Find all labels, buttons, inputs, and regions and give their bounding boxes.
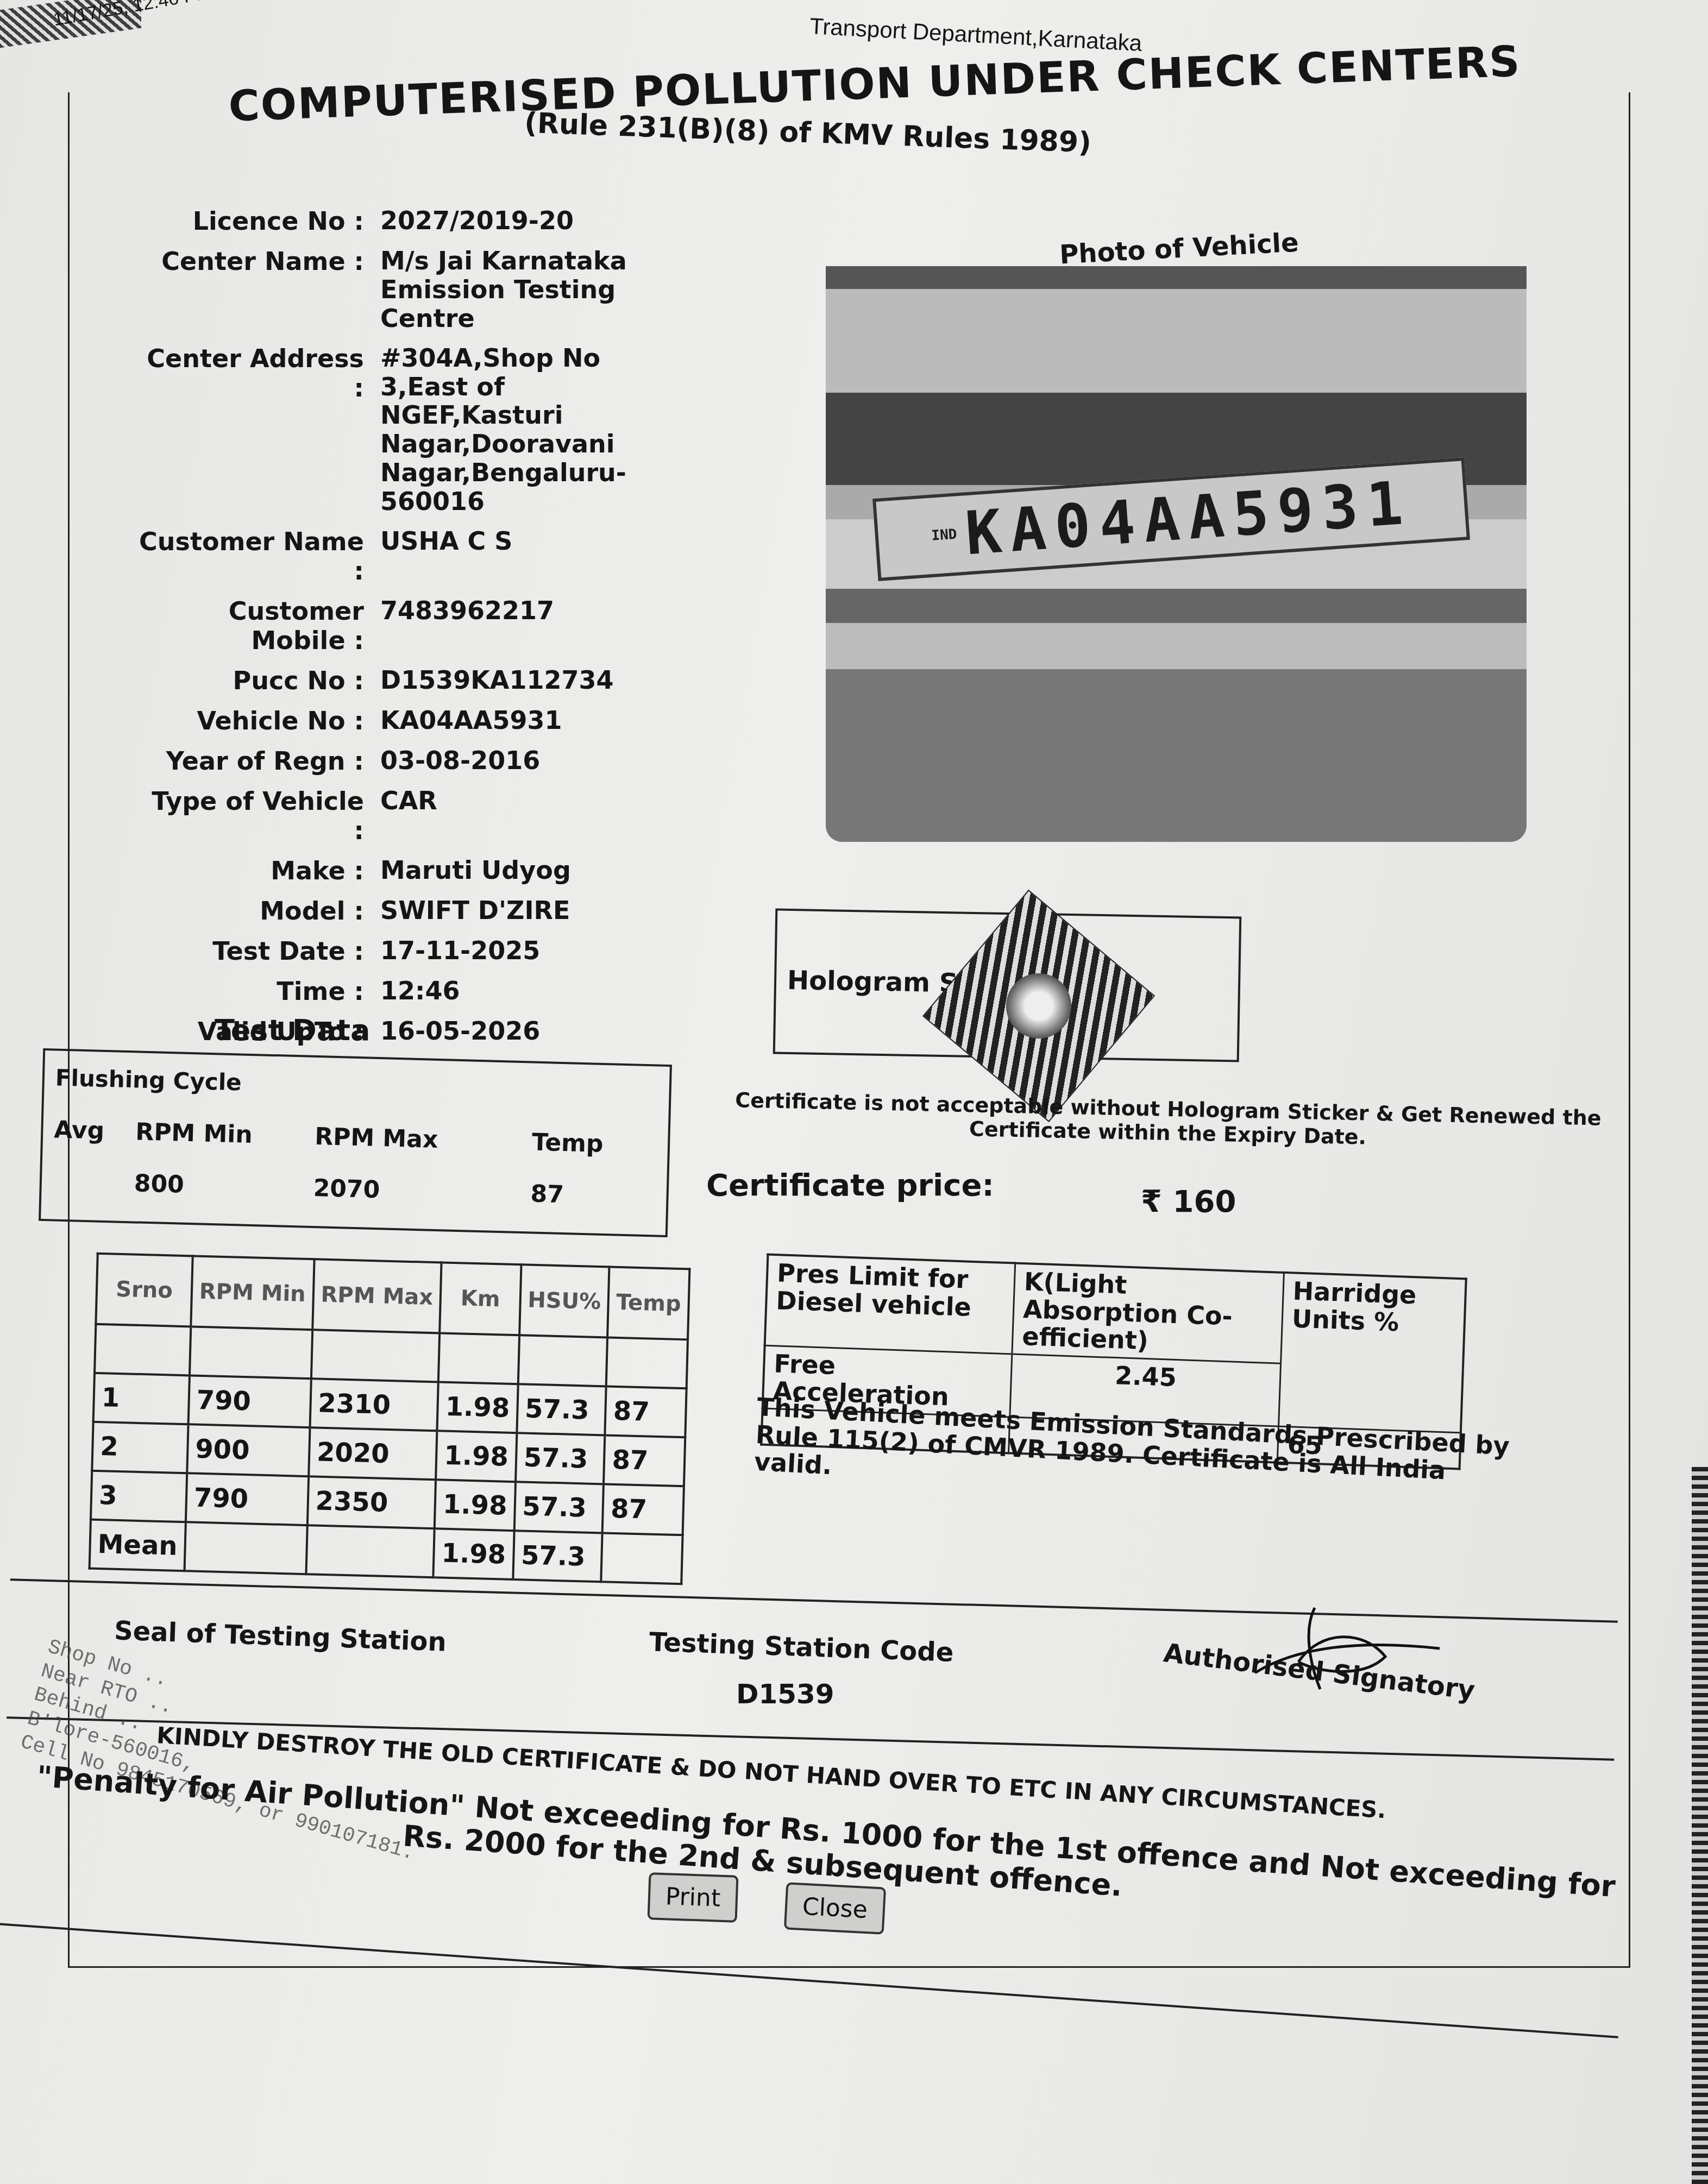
flushing-header: RPM Min — [135, 1118, 253, 1149]
detail-value: 16-05-2026 — [380, 1017, 663, 1046]
runs-cell: 2350 — [307, 1476, 436, 1528]
close-button[interactable]: Close — [784, 1882, 886, 1935]
runs-cell: 900 — [187, 1424, 310, 1476]
runs-cell — [190, 1326, 312, 1379]
detail-row: Make :Maruti Udyog — [136, 856, 679, 885]
station-code: D1539 — [736, 1678, 834, 1710]
detail-row: Customer Mobile :7483962217 — [136, 596, 679, 655]
detail-row: Vehicle No :KA04AA5931 — [136, 706, 679, 735]
runs-cell: 2 — [92, 1422, 188, 1474]
runs-cell — [184, 1522, 307, 1574]
detail-row: Time :12:46 — [136, 977, 679, 1006]
detail-value: 12:46 — [380, 977, 663, 1005]
detail-value: 03-08-2016 — [380, 746, 663, 775]
runs-cell: 1.98 — [434, 1528, 514, 1579]
flushing-cycle-box: Flushing Cycle Avg RPM Min RPM Max Temp … — [39, 1048, 672, 1237]
flushing-header: Temp — [531, 1129, 604, 1158]
flushing-value: 2070 — [313, 1174, 380, 1204]
runs-cell — [306, 1525, 435, 1577]
vehicle-details: Licence No :2027/2019-20Center Name :M/s… — [136, 206, 679, 1057]
flushing-value: 800 — [134, 1169, 184, 1198]
detail-row: Customer Name :USHA C S — [136, 527, 679, 586]
detail-label: Test Date : — [136, 936, 380, 966]
runs-header: RPM Min — [191, 1256, 314, 1330]
detail-value: KA04AA5931 — [380, 706, 663, 735]
runs-cell: 87 — [605, 1386, 687, 1437]
flushing-header: Avg — [54, 1116, 105, 1144]
runs-cell: 1.98 — [435, 1480, 516, 1531]
runs-cell: 1 — [93, 1373, 190, 1425]
number-plate: IND KA04AA5931 — [872, 457, 1470, 581]
runs-header: Temp — [608, 1267, 690, 1340]
detail-label: Customer Name : — [136, 527, 380, 586]
runs-cell: 790 — [188, 1375, 311, 1427]
runs-cell: 87 — [602, 1484, 684, 1535]
detail-label: Year of Regn : — [136, 746, 380, 776]
detail-row: Pucc No :D1539KA112734 — [136, 666, 679, 695]
runs-header: RPM Max — [312, 1259, 442, 1333]
runs-cell — [95, 1324, 191, 1376]
plate-number: KA04AA5931 — [963, 468, 1414, 568]
detail-value: CAR — [380, 786, 663, 815]
detail-value: Maruti Udyog — [380, 856, 663, 885]
print-button[interactable]: Print — [648, 1872, 739, 1923]
detail-label: Time : — [136, 977, 380, 1006]
detail-label: Type of Vehicle : — [136, 786, 380, 845]
flushing-header: RPM Max — [315, 1123, 438, 1154]
runs-header: Srno — [96, 1254, 192, 1327]
price-value: ₹ 160 — [1141, 1184, 1236, 1219]
detail-value: 7483962217 — [380, 596, 663, 625]
limits-col1-header: Pres Limit for Diesel vehicle — [765, 1255, 1015, 1354]
detail-row: Center Address :#304A,Shop No 3,East of … — [136, 344, 679, 516]
detail-label: Licence No : — [136, 206, 380, 236]
runs-cell — [438, 1333, 519, 1384]
flushing-value: 87 — [530, 1180, 564, 1209]
runs-header: Km — [439, 1262, 521, 1335]
test-runs-table: SrnoRPM MinRPM MaxKmHSU%Temp179023101.98… — [89, 1253, 691, 1585]
runs-cell — [311, 1330, 440, 1382]
detail-label: Vehicle No : — [136, 706, 380, 735]
test-data-title: Test Data — [215, 1013, 371, 1047]
detail-row: Test Date :17-11-2025 — [136, 936, 679, 966]
runs-cell — [606, 1337, 688, 1388]
detail-value: M/s Jai Karnataka Emission Testing Centr… — [380, 247, 663, 333]
detail-label: Model : — [136, 896, 380, 926]
detail-row: Year of Regn :03-08-2016 — [136, 746, 679, 776]
detail-value: USHA C S — [380, 527, 663, 556]
runs-cell — [601, 1533, 683, 1584]
runs-cell: 87 — [604, 1435, 685, 1486]
detail-row: Center Name :M/s Jai Karnataka Emission … — [136, 247, 679, 333]
detail-value: SWIFT D'ZIRE — [380, 896, 663, 925]
runs-cell: 57.3 — [514, 1482, 604, 1533]
runs-cell — [518, 1335, 607, 1386]
runs-cell: 1.98 — [437, 1382, 518, 1433]
runs-cell: 57.3 — [513, 1531, 602, 1582]
price-label: Certificate price: — [706, 1168, 994, 1203]
detail-row: Licence No :2027/2019-20 — [136, 206, 679, 236]
runs-cell: Mean — [90, 1520, 186, 1571]
flushing-cycle-title: Flushing Cycle — [55, 1065, 242, 1096]
detail-label: Pucc No : — [136, 666, 380, 695]
detail-value: 2027/2019-20 — [380, 206, 663, 235]
detail-label: Center Name : — [136, 247, 380, 276]
runs-header: HSU% — [519, 1264, 610, 1337]
limits-col3-header: Harridge Units % — [1279, 1273, 1466, 1433]
runs-cell: 3 — [91, 1471, 187, 1522]
detail-label: Customer Mobile : — [136, 596, 380, 655]
detail-value: 17-11-2025 — [380, 936, 663, 965]
vehicle-photo: IND KA04AA5931 — [826, 266, 1527, 842]
background-edge-right — [1692, 1467, 1708, 2184]
runs-cell: 2310 — [310, 1379, 438, 1431]
runs-cell: 790 — [186, 1473, 309, 1525]
limits-col2-header: K(Light Absorption Co-efficient) — [1012, 1263, 1284, 1363]
runs-cell: 1.98 — [436, 1431, 517, 1482]
detail-row: Type of Vehicle :CAR — [136, 786, 679, 845]
detail-value: #304A,Shop No 3,East of NGEF,Kasturi Nag… — [380, 344, 663, 516]
detail-label: Make : — [136, 856, 380, 885]
runs-cell: 57.3 — [516, 1433, 605, 1484]
plate-country-code: IND — [931, 526, 957, 544]
runs-cell: 2020 — [309, 1427, 437, 1480]
detail-row: Model :SWIFT D'ZIRE — [136, 896, 679, 926]
detail-label: Center Address : — [136, 344, 380, 402]
detail-value: D1539KA112734 — [380, 666, 663, 695]
runs-cell: 57.3 — [517, 1384, 606, 1435]
